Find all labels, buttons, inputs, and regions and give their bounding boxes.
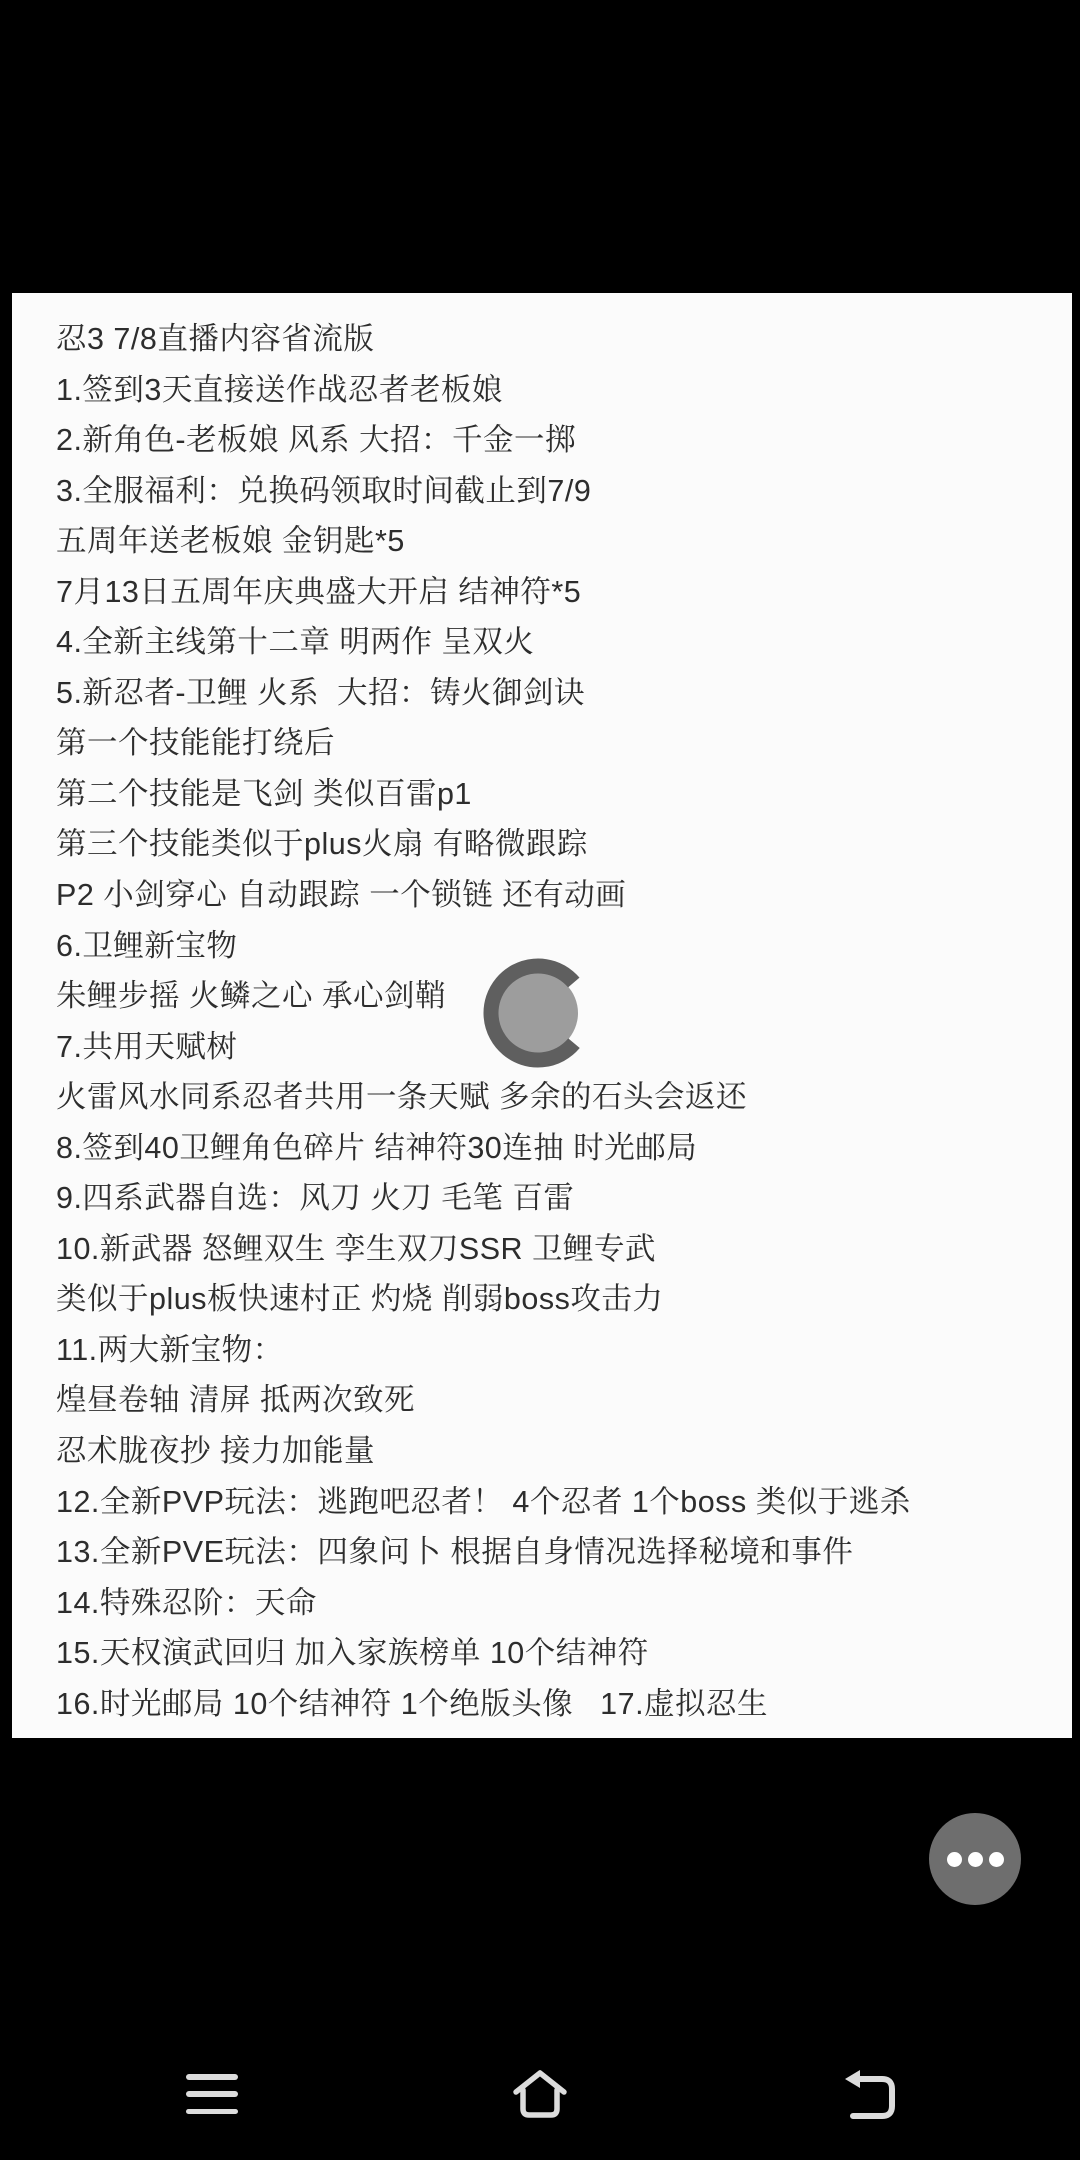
document-line: P2 小剑穿心 自动跟踪 一个锁链 还有动画 <box>56 870 1056 921</box>
home-button[interactable] <box>508 2064 572 2126</box>
document-line: 5.新忍者-卫鲤 火系 大招：铸火御剑诀 <box>56 668 1056 719</box>
document-line: 忍术胧夜抄 接力加能量 <box>56 1426 1056 1477</box>
document-line: 4.全新主线第十二章 明两作 呈双火 <box>56 617 1056 668</box>
document-line: 9.四系武器自选：风刀 火刀 毛笔 百雷 <box>56 1173 1056 1224</box>
back-button[interactable] <box>837 2068 901 2126</box>
home-icon <box>508 2064 572 2126</box>
menu-icon <box>186 2074 238 2080</box>
document-line: 14.特殊忍阶：天命 <box>56 1578 1056 1629</box>
document-line: 1.签到3天直接送作战忍者老板娘 <box>56 365 1056 416</box>
document-line: 3.全服福利：兑换码领取时间截止到7/9 <box>56 466 1056 517</box>
document-line: 煌昼卷轴 清屏 抵两次致死 <box>56 1375 1056 1426</box>
document-line: 类似于plus板快速村正 灼烧 削弱boss攻击力 <box>56 1274 1056 1325</box>
document-line: 8.签到40卫鲤角色碎片 结神符30连抽 时光邮局 <box>56 1123 1056 1174</box>
document-line: 10.新武器 怒鲤双生 孪生双刀SSR 卫鲤专武 <box>56 1224 1056 1275</box>
more-options-button[interactable] <box>929 1813 1021 1905</box>
ellipsis-icon <box>947 1852 1004 1867</box>
document-line: 7月13日五周年庆典盛大开启 结神符*5 <box>56 567 1056 618</box>
document-line: 第一个技能能打绕后 <box>56 718 1056 769</box>
document-line: 16.时光邮局 10个结神符 1个绝版头像 17.虚拟忍生 <box>56 1679 1056 1730</box>
document-line: 11.两大新宝物： <box>56 1325 1056 1376</box>
document-line: 忍3 7/8直播内容省流版 <box>56 314 1056 365</box>
document-line: 2.新角色-老板娘 风系 大招：千金一掷 <box>56 415 1056 466</box>
document-line: 火雷风水同系忍者共用一条天赋 多余的石头会返还 <box>56 1072 1056 1123</box>
document-line: 第三个技能类似于plus火扇 有略微跟踪 <box>56 819 1056 870</box>
menu-button[interactable] <box>186 2074 238 2114</box>
document-line: 五周年送老板娘 金钥匙*5 <box>56 516 1056 567</box>
document-line: 12.全新PVP玩法：逃跑吧忍者！ 4个忍者 1个boss 类似于逃杀 <box>56 1477 1056 1528</box>
document-line: 第二个技能是飞剑 类似百雷p1 <box>56 769 1056 820</box>
loading-spinner-icon <box>478 953 598 1073</box>
document-line: 15.天权演武回归 加入家族榜单 10个结神符 <box>56 1628 1056 1679</box>
back-icon <box>837 2068 901 2126</box>
document-line: 13.全新PVE玩法：四象问卜 根据自身情况选择秘境和事件 <box>56 1527 1056 1578</box>
